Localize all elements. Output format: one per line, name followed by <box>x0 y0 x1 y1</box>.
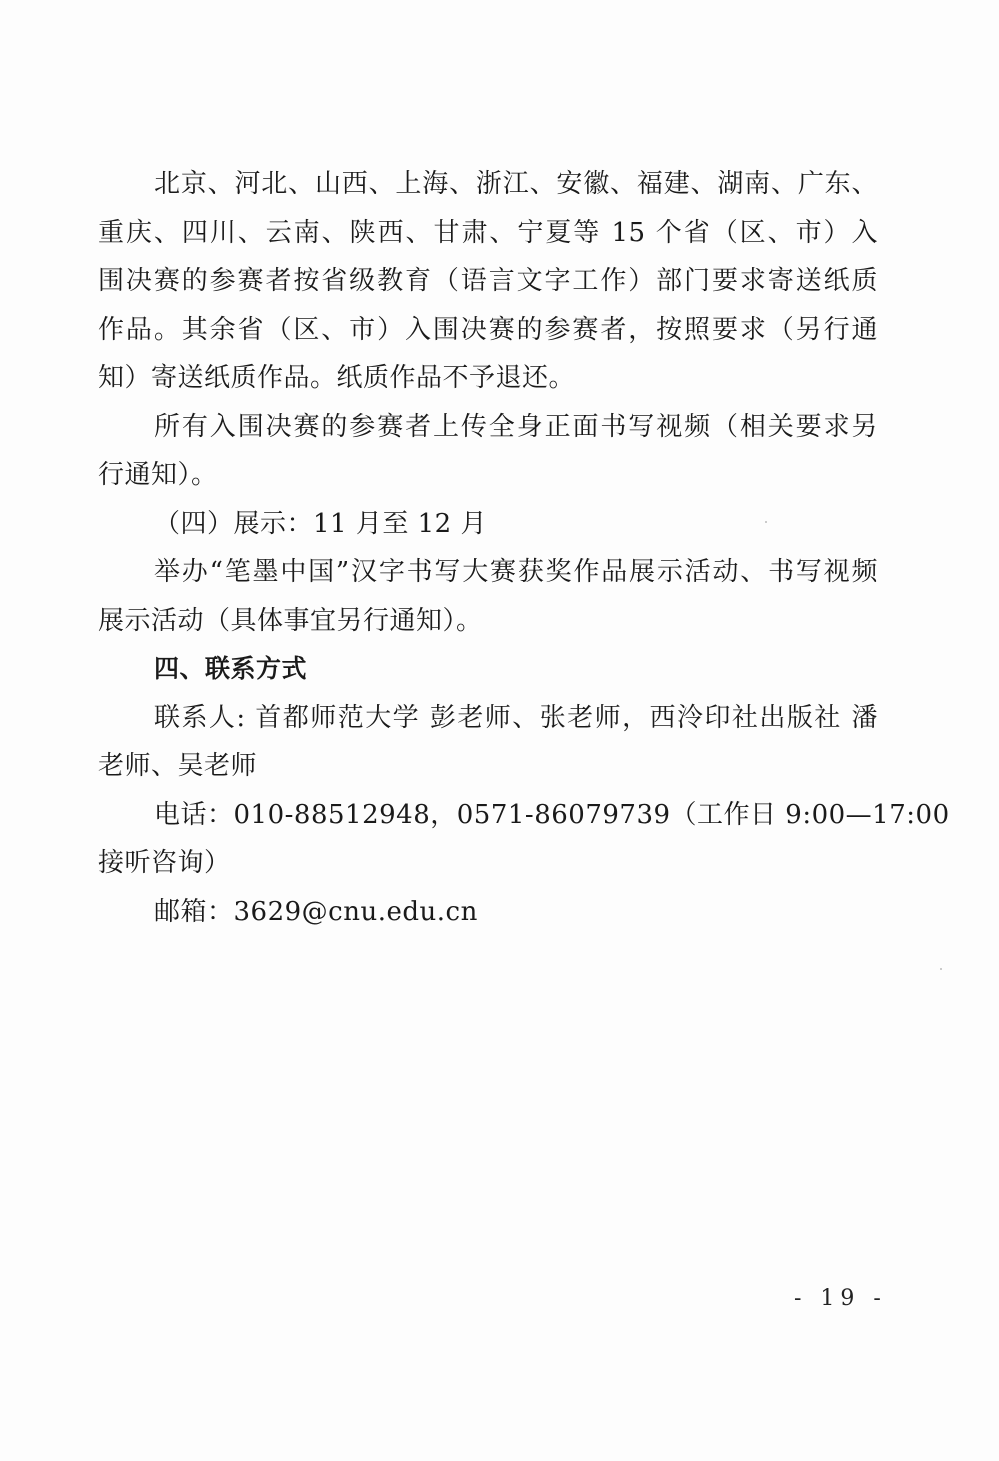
paragraph-line: 作品。其余省（区、市）入围决赛的参赛者，按照要求（另行通 <box>98 306 878 355</box>
scan-speck <box>765 521 767 523</box>
document-body: 北京、河北、山西、上海、浙江、安徽、福建、湖南、广东、 重庆、四川、云南、陕西、… <box>98 160 878 936</box>
document-page: 北京、河北、山西、上海、浙江、安徽、福建、湖南、广东、 重庆、四川、云南、陕西、… <box>0 0 999 1461</box>
paragraph-line: 展示活动（具体事宜另行通知）。 <box>98 597 878 646</box>
section-heading: 四、联系方式 <box>98 645 878 694</box>
contact-phone-line: 电话：010-88512948，0571-86079739（工作日 9:00—1… <box>98 791 878 840</box>
paragraph-line: 北京、河北、山西、上海、浙江、安徽、福建、湖南、广东、 <box>98 160 878 209</box>
contact-person-line: 联系人: 首都师范大学 彭老师、张老师，西泠印社出版社 潘 <box>98 694 878 743</box>
scan-speck <box>940 968 942 970</box>
paragraph-line: 行通知）。 <box>98 451 878 500</box>
paragraph-line: 围决赛的参赛者按省级教育（语言文字工作）部门要求寄送纸质 <box>98 257 878 306</box>
contact-phone-line: 接听咨询） <box>98 839 878 888</box>
paragraph-line: 重庆、四川、云南、陕西、甘肃、宁夏等 15 个省（区、市）入 <box>98 209 878 258</box>
paragraph-line: 所有入围决赛的参赛者上传全身正面书写视频（相关要求另 <box>98 403 878 452</box>
paragraph-line: 举办“笔墨中国”汉字书写大赛获奖作品展示活动、书写视频 <box>98 548 878 597</box>
subsection-heading: （四）展示：11 月至 12 月 <box>98 500 878 549</box>
contact-person-line: 老师、吴老师 <box>98 742 878 791</box>
contact-email-line: 邮箱：3629@cnu.edu.cn <box>98 888 878 937</box>
paragraph-line: 知）寄送纸质作品。纸质作品不予退还。 <box>98 354 878 403</box>
page-number: - 19 - <box>794 1286 887 1311</box>
